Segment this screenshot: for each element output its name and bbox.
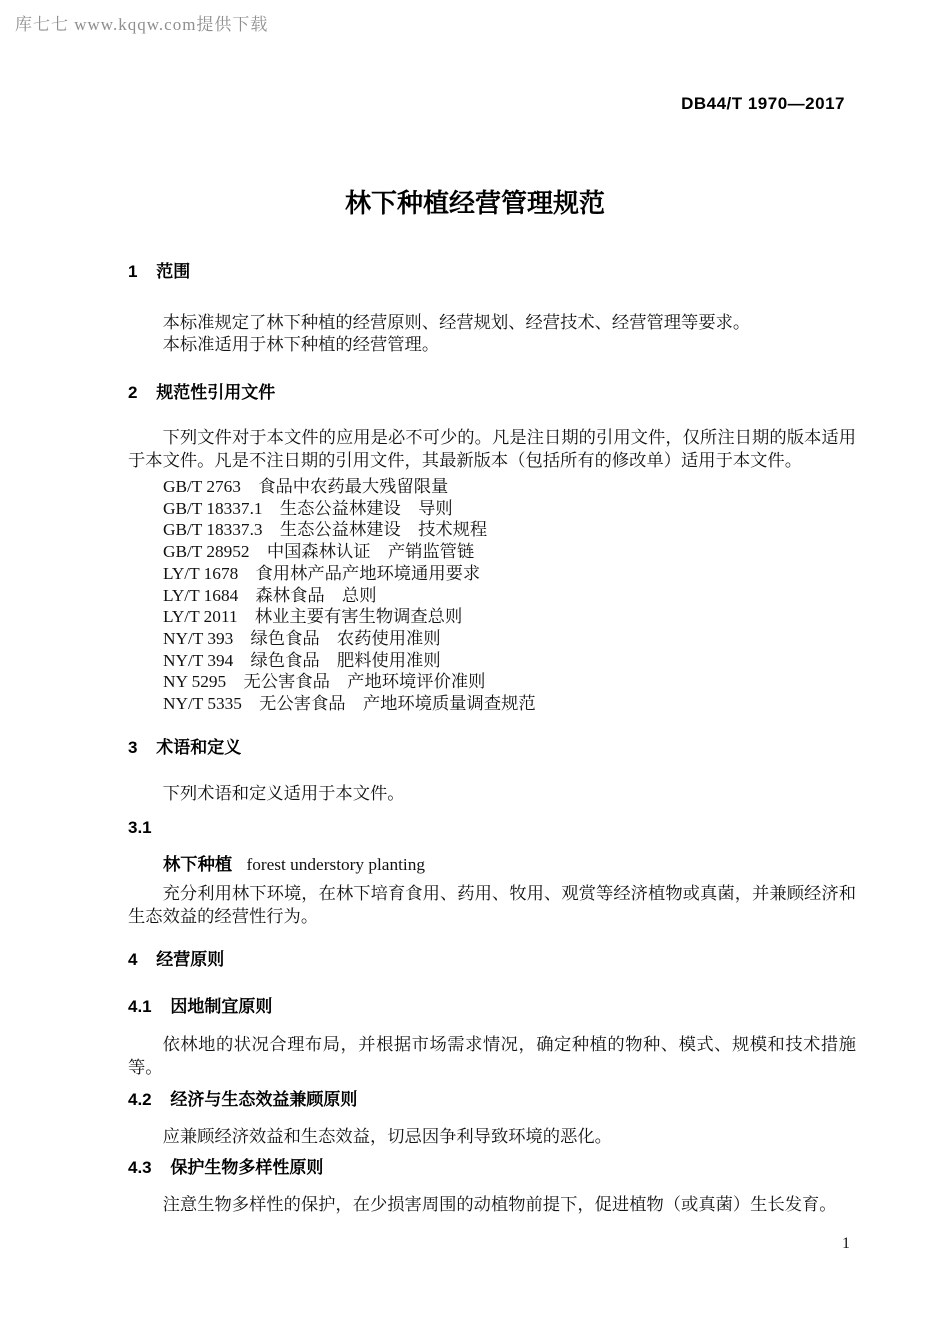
subsection-heading-4-1: 4.1 因地制宜原则 [128, 997, 856, 1017]
term-entry: 林下种植 forest understory planting [128, 850, 891, 875]
scope-paragraph: 本标准适用于林下种植的经营管理。 [128, 334, 856, 356]
watermark-text: 库七七 www.kqqw.com提供下载 [15, 10, 268, 35]
section-heading-scope: 1 范围 [128, 262, 856, 282]
term-definition: 充分利用林下环境，在林下培育食用、药用、牧用、观赏等经济植物或真菌，并兼顾经济和… [128, 882, 856, 928]
section-title: 规范性引用文件 [156, 383, 275, 402]
section-heading-terms: 3 术语和定义 [128, 738, 856, 758]
subsection-number: 4.1 [128, 997, 152, 1016]
normative-references-list: GB/T 2763 食品中农药最大残留限量 GB/T 18337.1 生态公益林… [128, 476, 856, 715]
reference-item: NY/T 5335 无公害食品 产地环境质量调查规范 [163, 693, 856, 715]
subsection-heading-4-2: 4.2 经济与生态效益兼顾原则 [128, 1090, 856, 1110]
reference-item: GB/T 18337.3 生态公益林建设 技术规程 [163, 519, 856, 541]
subsection-body-4-1: 依林地的状况合理布局，并根据市场需求情况，确定种植的物种、模式、规模和技术措施等… [128, 1033, 856, 1079]
scope-paragraphs: 本标准规定了林下种植的经营原则、经营规划、经营技术、经营管理等要求。 本标准适用… [128, 312, 856, 356]
reference-item: NY 5295 无公害食品 产地环境评价准则 [163, 671, 856, 693]
intro-paragraph: 下列文件对于本文件的应用是必不可少的。凡是注日期的引用文件，仅所注日期的版本适用… [128, 426, 856, 472]
section-title: 范围 [156, 262, 190, 281]
term-english: forest understory planting [246, 855, 425, 874]
subsection-number: 4.3 [128, 1158, 152, 1177]
section-title: 术语和定义 [156, 738, 241, 757]
terms-intro: 下列术语和定义适用于本文件。 [128, 782, 856, 805]
definition-paragraph: 充分利用林下环境，在林下培育食用、药用、牧用、观赏等经济植物或真菌，并兼顾经济和… [128, 882, 856, 928]
subsection-body-4-2: 应兼顾经济效益和生态效益，切忌因争利导致环境的恶化。 [128, 1125, 856, 1148]
intro-paragraph: 下列术语和定义适用于本文件。 [128, 782, 856, 805]
section-number: 2 [128, 383, 137, 402]
section-heading-normative-references: 2 规范性引用文件 [128, 383, 856, 403]
document-page: 库七七 www.kqqw.com提供下载 DB44/T 1970—2017 林下… [0, 0, 950, 1344]
subsection-title: 因地制宜原则 [170, 997, 272, 1016]
section-title: 经营原则 [156, 950, 224, 969]
subsection-body-4-3: 注意生物多样性的保护，在少损害周围的动植物前提下，促进植物（或真菌）生长发育。 [128, 1193, 856, 1216]
body-paragraph: 应兼顾经济效益和生态效益，切忌因争利导致环境的恶化。 [128, 1125, 856, 1148]
subsection-number: 4.2 [128, 1090, 152, 1109]
reference-item: LY/T 2011 林业主要有害生物调查总则 [163, 606, 856, 628]
section-heading-principles: 4 经营原则 [128, 950, 856, 970]
reference-item: LY/T 1678 食用林产品产地环境通用要求 [163, 563, 856, 585]
term-chinese: 林下种植 [163, 854, 232, 874]
subsection-heading-4-3: 4.3 保护生物多样性原则 [128, 1158, 856, 1178]
section-number: 4 [128, 950, 137, 969]
body-paragraph: 依林地的状况合理布局，并根据市场需求情况，确定种植的物种、模式、规模和技术措施等… [128, 1033, 856, 1079]
reference-item: GB/T 28952 中国森林认证 产销监管链 [163, 541, 856, 563]
term-number: 3.1 [128, 818, 856, 838]
page-title: 林下种植经营管理规范 [0, 183, 950, 220]
scope-paragraph: 本标准规定了林下种植的经营原则、经营规划、经营技术、经营管理等要求。 [128, 312, 856, 334]
body-paragraph: 注意生物多样性的保护，在少损害周围的动植物前提下，促进植物（或真菌）生长发育。 [128, 1193, 856, 1216]
reference-item: GB/T 18337.1 生态公益林建设 导则 [163, 498, 856, 520]
page-number: 1 [842, 1235, 850, 1253]
section-number: 1 [128, 262, 137, 281]
reference-item: LY/T 1684 森林食品 总则 [163, 585, 856, 607]
subsection-title: 保护生物多样性原则 [170, 1158, 323, 1177]
reference-item: NY/T 394 绿色食品 肥料使用准则 [163, 650, 856, 672]
reference-item: GB/T 2763 食品中农药最大残留限量 [163, 476, 856, 498]
section-number: 3 [128, 738, 137, 757]
standard-number: DB44/T 1970—2017 [681, 94, 845, 114]
reference-item: NY/T 393 绿色食品 农药使用准则 [163, 628, 856, 650]
subsection-title: 经济与生态效益兼顾原则 [170, 1090, 357, 1109]
normative-references-intro: 下列文件对于本文件的应用是必不可少的。凡是注日期的引用文件，仅所注日期的版本适用… [128, 426, 856, 472]
